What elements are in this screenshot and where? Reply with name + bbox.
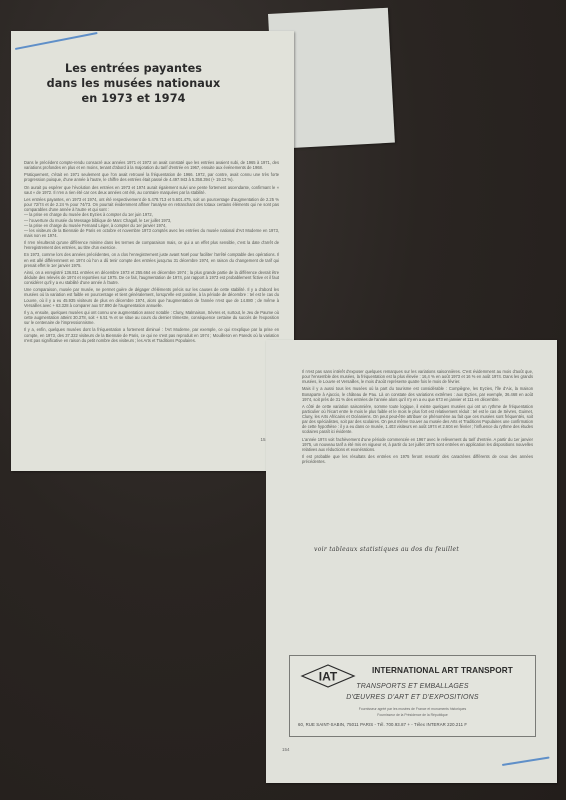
page-number: 154 xyxy=(282,747,290,752)
paragraph: Il y a, ensuite, quelques musées qui ont… xyxy=(24,310,279,325)
paragraph: Mais il y a aussi tous les musées où la … xyxy=(302,386,533,401)
paragraph: En 1973, comme lors des années précédent… xyxy=(24,252,279,267)
title-line: Les entrées payantes xyxy=(11,61,256,76)
title-line: en 1973 et 1974 xyxy=(11,91,256,106)
article-body: Il n'est pas sans intérêt d'exposer quel… xyxy=(302,369,533,467)
paragraph: Les entrées payantes, en 1973 et 1974, o… xyxy=(24,197,279,212)
paragraph: A côté de cette variation saisonnière, s… xyxy=(302,404,533,435)
paragraph: Il n'en résulterait qu'une différence mi… xyxy=(24,240,279,250)
paragraph: Pratiquement, c'était en 1971 seulement … xyxy=(24,172,279,182)
pen-mark xyxy=(15,32,98,50)
paragraph: On aurait pu espérer que l'évolution des… xyxy=(24,185,279,195)
tagline: TRANSPORTS ET EMBALLAGES xyxy=(290,683,535,690)
handwritten-note: voir tableaux statistiques au dos du feu… xyxy=(314,546,459,553)
title-line: dans les musées nationaux xyxy=(11,76,256,91)
paragraph: Dans le précédent compte-rendu consacré … xyxy=(24,160,279,170)
company-name: INTERNATIONAL ART TRANSPORT xyxy=(372,666,513,675)
article-page-continued: Il n'est pas sans intérêt d'exposer quel… xyxy=(266,340,557,783)
paragraph: Une comparaison, musée par musée, ne per… xyxy=(24,287,279,307)
paragraph: Il n'est pas sans intérêt d'exposer quel… xyxy=(302,369,533,384)
paragraph: Il est probable que les résultats des en… xyxy=(302,454,533,464)
article-clipping: Les entrées payantes dans les musées nat… xyxy=(11,31,294,471)
paragraph: Ainsi, on a enregistré 136.811 entrées e… xyxy=(24,270,279,285)
advertisement: IAT INTERNATIONAL ART TRANSPORT TRANSPOR… xyxy=(289,655,536,737)
svg-text:IAT: IAT xyxy=(319,670,338,684)
pen-mark xyxy=(502,757,550,766)
company-address: 60, RUE SAINT-SABIN, 75011 PARIS - Tél. … xyxy=(298,722,529,727)
tagline: D'ŒUVRES D'ART ET D'EXPOSITIONS xyxy=(290,694,535,701)
supplier-note: Fournisseur agréé par les musées de Fran… xyxy=(290,707,535,711)
paragraph: Il y a, enfin, quelques musées dont la f… xyxy=(24,327,279,342)
supplier-note: Fournisseur de la Présidence de la Répub… xyxy=(290,713,535,717)
list-item: — les visiteurs de la Biennale de Paris … xyxy=(24,228,279,238)
article-title: Les entrées payantes dans les musées nat… xyxy=(11,61,256,106)
article-body: Dans le précédent compte-rendu consacré … xyxy=(24,160,279,345)
paragraph: L'année 1974 voit l'achèvement d'une pér… xyxy=(302,437,533,452)
